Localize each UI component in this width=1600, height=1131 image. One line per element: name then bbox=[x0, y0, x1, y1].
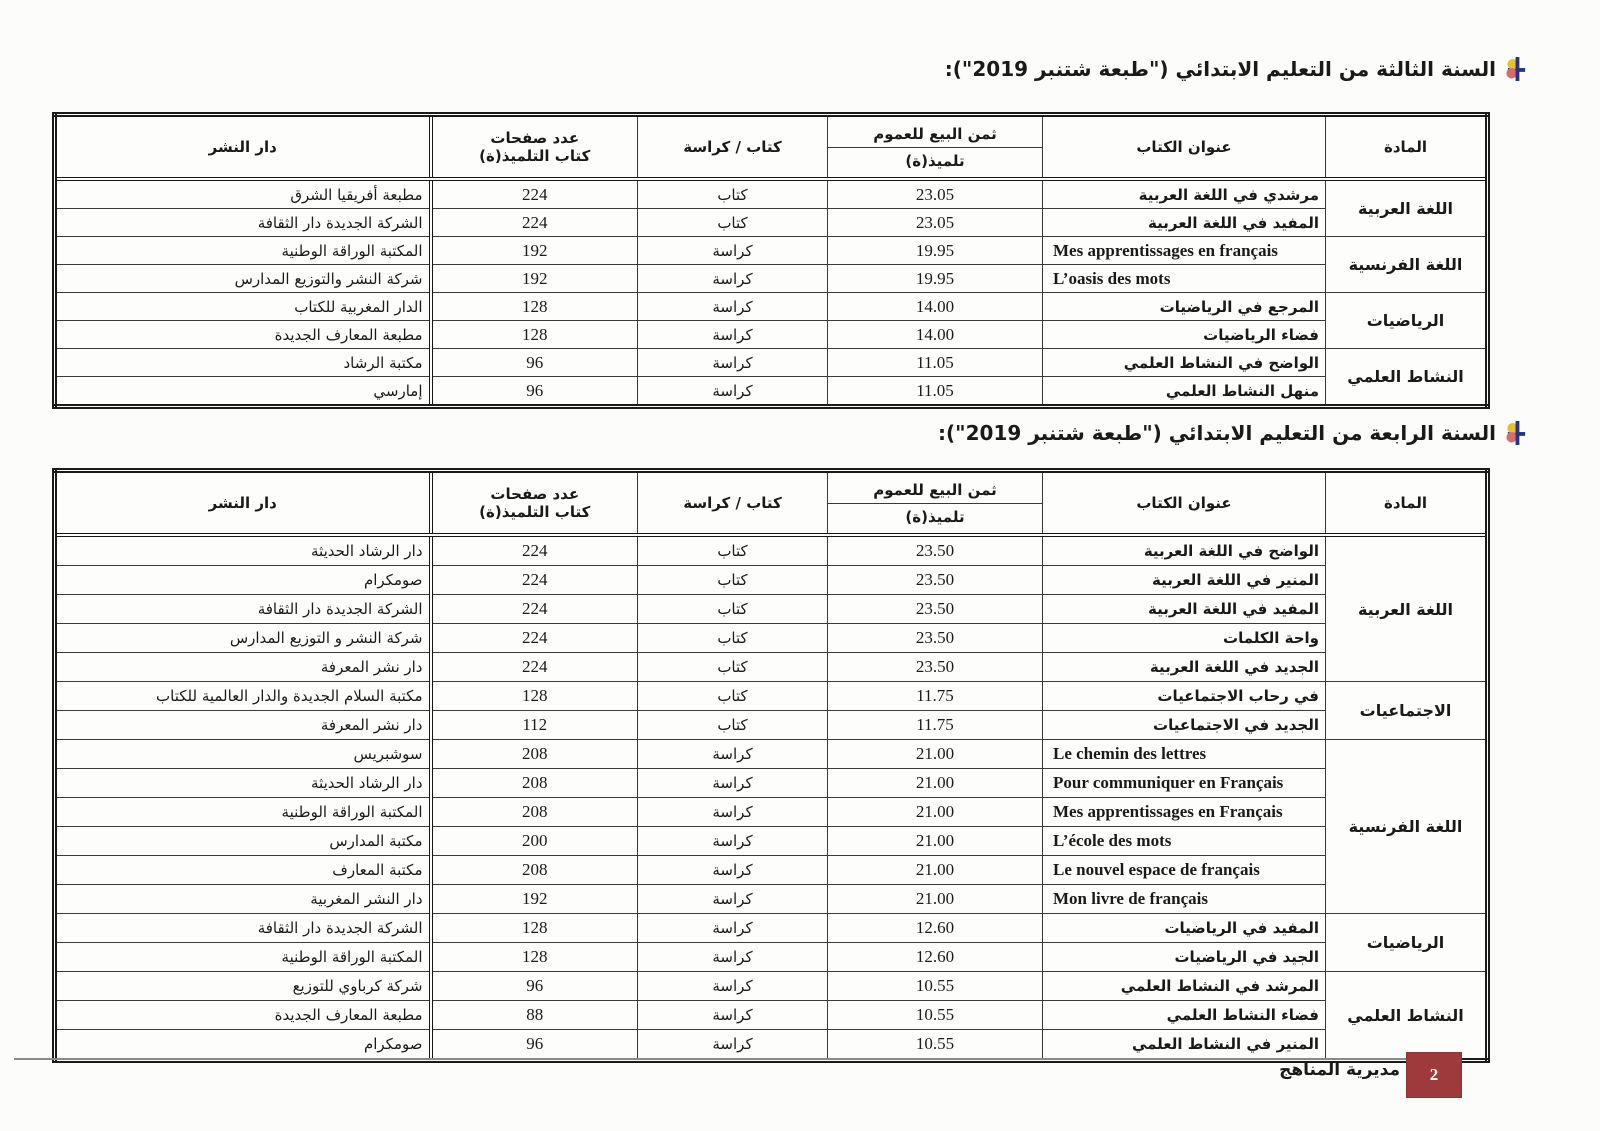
subject-cell: الاجتماعيات bbox=[1326, 682, 1488, 740]
title-cell: الجديد في الاجتماعيات bbox=[1043, 711, 1326, 740]
pages-cell: 224 bbox=[431, 595, 638, 624]
subject-cell: اللغة الفرنسية bbox=[1326, 740, 1488, 914]
publisher-cell: دار نشر المعرفة bbox=[55, 711, 431, 740]
section-heading-grade4: السنة الرابعة من التعليم الابتدائي ("طبع… bbox=[938, 420, 1528, 446]
header-pages: عدد صفحات كتاب التلميذ(ة) bbox=[431, 115, 638, 180]
footer-page-number-badge: 2 bbox=[1406, 1052, 1462, 1098]
type-cell: كتاب bbox=[638, 179, 828, 209]
subject-cell: الرياضيات bbox=[1326, 914, 1488, 972]
publisher-cell: المكتبة الوراقة الوطنية bbox=[55, 798, 431, 827]
pages-cell: 88 bbox=[431, 1001, 638, 1030]
header-pages-line1: عدد صفحات bbox=[439, 485, 632, 503]
header-publisher: دار النشر bbox=[55, 471, 431, 536]
table-row: اللغة العربيةمرشدي في اللغة العربية23.05… bbox=[55, 179, 1488, 209]
price-cell: 11.05 bbox=[828, 349, 1043, 377]
pages-cell: 96 bbox=[431, 972, 638, 1001]
title-cell: المنير في اللغة العربية bbox=[1043, 566, 1326, 595]
header-pages-line2: كتاب التلميذ(ة) bbox=[439, 503, 632, 521]
title-cell: Mes apprentissages en français bbox=[1043, 237, 1326, 265]
price-cell: 21.00 bbox=[828, 740, 1043, 769]
publisher-cell: شركة النشر و التوزيع المدارس bbox=[55, 624, 431, 653]
price-cell: 10.55 bbox=[828, 1030, 1043, 1061]
title-cell: Pour communiquer en Français bbox=[1043, 769, 1326, 798]
price-cell: 21.00 bbox=[828, 856, 1043, 885]
header-title: عنوان الكتاب bbox=[1043, 471, 1326, 536]
publisher-cell: الشركة الجديدة دار الثقافة bbox=[55, 595, 431, 624]
document-page: السنة الثالثة من التعليم الابتدائي ("طبع… bbox=[0, 0, 1600, 1131]
type-cell: كتاب bbox=[638, 595, 828, 624]
header-price: ثمن البيع للعموم تلميذ(ة) bbox=[828, 471, 1043, 536]
table-row: Mes apprentissages en Français21.00كراسة… bbox=[55, 798, 1488, 827]
header-price-line2: تلميذ(ة) bbox=[828, 504, 1042, 530]
price-cell: 23.50 bbox=[828, 624, 1043, 653]
type-cell: كراسة bbox=[638, 972, 828, 1001]
title-cell: المنير في النشاط العلمي bbox=[1043, 1030, 1326, 1061]
pages-cell: 192 bbox=[431, 885, 638, 914]
publisher-cell: صومكرام bbox=[55, 566, 431, 595]
table-header-row: المادة عنوان الكتاب ثمن البيع للعموم تلم… bbox=[55, 471, 1488, 536]
footer-label: مديرية المناهج bbox=[1279, 1060, 1400, 1080]
pages-cell: 208 bbox=[431, 769, 638, 798]
title-cell: Le chemin des lettres bbox=[1043, 740, 1326, 769]
pages-cell: 208 bbox=[431, 740, 638, 769]
pages-cell: 128 bbox=[431, 321, 638, 349]
header-title: عنوان الكتاب bbox=[1043, 115, 1326, 180]
colored-plus-bullet-icon bbox=[1505, 420, 1528, 446]
table-row: واحة الكلمات23.50كتاب224شركة النشر و الت… bbox=[55, 624, 1488, 653]
table-row: اللغة العربيةالواضح في اللغة العربية23.5… bbox=[55, 535, 1488, 566]
table-row: Mon livre de français21.00كراسة192دار ال… bbox=[55, 885, 1488, 914]
section-heading-text: السنة الرابعة من التعليم الابتدائي ("طبع… bbox=[938, 421, 1496, 445]
publisher-cell: مطبعة أفريقيا الشرق bbox=[55, 179, 431, 209]
type-cell: كراسة bbox=[638, 1030, 828, 1061]
publisher-cell: مطبعة المعارف الجديدة bbox=[55, 1001, 431, 1030]
type-cell: كراسة bbox=[638, 798, 828, 827]
subject-cell: الرياضيات bbox=[1326, 293, 1488, 349]
table-row: المنير في النشاط العلمي10.55كراسة96صومكر… bbox=[55, 1030, 1488, 1061]
price-cell: 12.60 bbox=[828, 943, 1043, 972]
price-cell: 19.95 bbox=[828, 237, 1043, 265]
header-publisher: دار النشر bbox=[55, 115, 431, 180]
price-cell: 21.00 bbox=[828, 827, 1043, 856]
grade4-books-table: المادة عنوان الكتاب ثمن البيع للعموم تلم… bbox=[52, 468, 1490, 1063]
price-cell: 23.05 bbox=[828, 179, 1043, 209]
footer-page-number: 2 bbox=[1430, 1065, 1439, 1085]
title-cell: الواضح في النشاط العلمي bbox=[1043, 349, 1326, 377]
pages-cell: 208 bbox=[431, 798, 638, 827]
table-row: الاجتماعياتفي رحاب الاجتماعيات11.75كتاب1… bbox=[55, 682, 1488, 711]
title-cell: المرشد في النشاط العلمي bbox=[1043, 972, 1326, 1001]
pages-cell: 128 bbox=[431, 682, 638, 711]
price-cell: 21.00 bbox=[828, 769, 1043, 798]
type-cell: كتاب bbox=[638, 624, 828, 653]
price-cell: 14.00 bbox=[828, 293, 1043, 321]
publisher-cell: مكتبة المعارف bbox=[55, 856, 431, 885]
type-cell: كراسة bbox=[638, 377, 828, 407]
header-subject: المادة bbox=[1326, 471, 1488, 536]
table-row: منهل النشاط العلمي11.05كراسة96إمارسي bbox=[55, 377, 1488, 407]
publisher-cell: دار النشر المغربية bbox=[55, 885, 431, 914]
pages-cell: 224 bbox=[431, 535, 638, 566]
type-cell: كراسة bbox=[638, 740, 828, 769]
price-cell: 21.00 bbox=[828, 885, 1043, 914]
grade3-books-table: المادة عنوان الكتاب ثمن البيع للعموم تلم… bbox=[52, 112, 1490, 409]
subject-cell: اللغة العربية bbox=[1326, 535, 1488, 682]
table-row: Pour communiquer en Français21.00كراسة20… bbox=[55, 769, 1488, 798]
section-heading-grade3: السنة الثالثة من التعليم الابتدائي ("طبع… bbox=[945, 56, 1528, 82]
type-cell: كتاب bbox=[638, 566, 828, 595]
publisher-cell: دار الرشاد الحديثة bbox=[55, 535, 431, 566]
pages-cell: 128 bbox=[431, 293, 638, 321]
header-type: كتاب / كراسة bbox=[638, 471, 828, 536]
publisher-cell: دار نشر المعرفة bbox=[55, 653, 431, 682]
title-cell: Mon livre de français bbox=[1043, 885, 1326, 914]
header-type: كتاب / كراسة bbox=[638, 115, 828, 180]
header-pages-line1: عدد صفحات bbox=[439, 129, 632, 147]
price-cell: 14.00 bbox=[828, 321, 1043, 349]
type-cell: كتاب bbox=[638, 682, 828, 711]
header-subject: المادة bbox=[1326, 115, 1488, 180]
price-cell: 11.75 bbox=[828, 711, 1043, 740]
title-cell: Le nouvel espace de français bbox=[1043, 856, 1326, 885]
title-cell: المرجع في الرياضيات bbox=[1043, 293, 1326, 321]
pages-cell: 224 bbox=[431, 209, 638, 237]
header-price-line2: تلميذ(ة) bbox=[828, 148, 1042, 174]
publisher-cell: دار الرشاد الحديثة bbox=[55, 769, 431, 798]
publisher-cell: مكتبة المدارس bbox=[55, 827, 431, 856]
title-cell: مرشدي في اللغة العربية bbox=[1043, 179, 1326, 209]
type-cell: كراسة bbox=[638, 943, 828, 972]
type-cell: كتاب bbox=[638, 653, 828, 682]
price-cell: 21.00 bbox=[828, 798, 1043, 827]
pages-cell: 192 bbox=[431, 265, 638, 293]
type-cell: كراسة bbox=[638, 349, 828, 377]
pages-cell: 224 bbox=[431, 653, 638, 682]
header-price-line1: ثمن البيع للعموم bbox=[828, 120, 1042, 148]
price-cell: 23.50 bbox=[828, 566, 1043, 595]
subject-cell: النشاط العلمي bbox=[1326, 972, 1488, 1061]
pages-cell: 224 bbox=[431, 624, 638, 653]
table-row: فضاء النشاط العلمي10.55كراسة88مطبعة المع… bbox=[55, 1001, 1488, 1030]
price-cell: 12.60 bbox=[828, 914, 1043, 943]
publisher-cell: إمارسي bbox=[55, 377, 431, 407]
type-cell: كتاب bbox=[638, 535, 828, 566]
table-row: Le nouvel espace de français21.00كراسة20… bbox=[55, 856, 1488, 885]
subject-cell: اللغة الفرنسية bbox=[1326, 237, 1488, 293]
title-cell: المفيد في اللغة العربية bbox=[1043, 209, 1326, 237]
table-row: اللغة الفرنسيةLe chemin des lettres21.00… bbox=[55, 740, 1488, 769]
publisher-cell: مكتبة الرشاد bbox=[55, 349, 431, 377]
table-row: النشاط العلميالواضح في النشاط العلمي11.0… bbox=[55, 349, 1488, 377]
title-cell: فضاء الرياضيات bbox=[1043, 321, 1326, 349]
price-cell: 23.50 bbox=[828, 535, 1043, 566]
title-cell: واحة الكلمات bbox=[1043, 624, 1326, 653]
type-cell: كراسة bbox=[638, 265, 828, 293]
price-cell: 10.55 bbox=[828, 972, 1043, 1001]
header-price-line1: ثمن البيع للعموم bbox=[828, 476, 1042, 504]
pages-cell: 224 bbox=[431, 566, 638, 595]
type-cell: كراسة bbox=[638, 293, 828, 321]
type-cell: كراسة bbox=[638, 885, 828, 914]
pages-cell: 192 bbox=[431, 237, 638, 265]
publisher-cell: الشركة الجديدة دار الثقافة bbox=[55, 914, 431, 943]
title-cell: المفيد في الرياضيات bbox=[1043, 914, 1326, 943]
publisher-cell: صومكرام bbox=[55, 1030, 431, 1061]
type-cell: كراسة bbox=[638, 237, 828, 265]
type-cell: كتاب bbox=[638, 209, 828, 237]
publisher-cell: سوشبريس bbox=[55, 740, 431, 769]
header-price: ثمن البيع للعموم تلميذ(ة) bbox=[828, 115, 1043, 180]
header-pages-line2: كتاب التلميذ(ة) bbox=[439, 147, 632, 165]
table-row: النشاط العلميالمرشد في النشاط العلمي10.5… bbox=[55, 972, 1488, 1001]
price-cell: 19.95 bbox=[828, 265, 1043, 293]
type-cell: كراسة bbox=[638, 827, 828, 856]
publisher-cell: شركة النشر والتوزيع المدارس bbox=[55, 265, 431, 293]
type-cell: كراسة bbox=[638, 321, 828, 349]
publisher-cell: المكتبة الوراقة الوطنية bbox=[55, 943, 431, 972]
pages-cell: 96 bbox=[431, 377, 638, 407]
footer-rule bbox=[14, 1058, 1406, 1060]
title-cell: L’école des mots bbox=[1043, 827, 1326, 856]
price-cell: 11.75 bbox=[828, 682, 1043, 711]
publisher-cell: مكتبة السلام الجديدة والدار العالمية للك… bbox=[55, 682, 431, 711]
pages-cell: 112 bbox=[431, 711, 638, 740]
header-pages: عدد صفحات كتاب التلميذ(ة) bbox=[431, 471, 638, 536]
type-cell: كراسة bbox=[638, 1001, 828, 1030]
pages-cell: 224 bbox=[431, 179, 638, 209]
publisher-cell: مطبعة المعارف الجديدة bbox=[55, 321, 431, 349]
price-cell: 23.50 bbox=[828, 653, 1043, 682]
colored-plus-bullet-icon bbox=[1505, 56, 1528, 82]
table-row: المفيد في اللغة العربية23.05كتاب224الشرك… bbox=[55, 209, 1488, 237]
table-row: فضاء الرياضيات14.00كراسة128مطبعة المعارف… bbox=[55, 321, 1488, 349]
subject-cell: النشاط العلمي bbox=[1326, 349, 1488, 407]
price-cell: 10.55 bbox=[828, 1001, 1043, 1030]
type-cell: كتاب bbox=[638, 711, 828, 740]
table-row: L’oasis des mots19.95كراسة192شركة النشر … bbox=[55, 265, 1488, 293]
type-cell: كراسة bbox=[638, 856, 828, 885]
table-row: الرياضياتالمرجع في الرياضيات14.00كراسة12… bbox=[55, 293, 1488, 321]
title-cell: في رحاب الاجتماعيات bbox=[1043, 682, 1326, 711]
publisher-cell: شركة كرباوي للتوزيع bbox=[55, 972, 431, 1001]
pages-cell: 128 bbox=[431, 943, 638, 972]
subject-cell: اللغة العربية bbox=[1326, 179, 1488, 237]
title-cell: L’oasis des mots bbox=[1043, 265, 1326, 293]
title-cell: الجديد في اللغة العربية bbox=[1043, 653, 1326, 682]
table-row: الجيد في الرياضيات12.60كراسة128المكتبة ا… bbox=[55, 943, 1488, 972]
type-cell: كراسة bbox=[638, 914, 828, 943]
table-row: الرياضياتالمفيد في الرياضيات12.60كراسة12… bbox=[55, 914, 1488, 943]
publisher-cell: المكتبة الوراقة الوطنية bbox=[55, 237, 431, 265]
type-cell: كراسة bbox=[638, 769, 828, 798]
title-cell: المفيد في اللغة العربية bbox=[1043, 595, 1326, 624]
price-cell: 11.05 bbox=[828, 377, 1043, 407]
title-cell: الجيد في الرياضيات bbox=[1043, 943, 1326, 972]
title-cell: Mes apprentissages en Français bbox=[1043, 798, 1326, 827]
title-cell: منهل النشاط العلمي bbox=[1043, 377, 1326, 407]
publisher-cell: الدار المغربية للكتاب bbox=[55, 293, 431, 321]
pages-cell: 96 bbox=[431, 1030, 638, 1061]
table-header-row: المادة عنوان الكتاب ثمن البيع للعموم تلم… bbox=[55, 115, 1488, 180]
publisher-cell: الشركة الجديدة دار الثقافة bbox=[55, 209, 431, 237]
table-row: المفيد في اللغة العربية23.50كتاب224الشرك… bbox=[55, 595, 1488, 624]
title-cell: فضاء النشاط العلمي bbox=[1043, 1001, 1326, 1030]
pages-cell: 128 bbox=[431, 914, 638, 943]
section-heading-text: السنة الثالثة من التعليم الابتدائي ("طبع… bbox=[945, 57, 1496, 81]
table-row: المنير في اللغة العربية23.50كتاب224صومكر… bbox=[55, 566, 1488, 595]
price-cell: 23.50 bbox=[828, 595, 1043, 624]
table-row: الجديد في الاجتماعيات11.75كتاب112دار نشر… bbox=[55, 711, 1488, 740]
price-cell: 23.05 bbox=[828, 209, 1043, 237]
table-row: L’école des mots21.00كراسة200مكتبة المدا… bbox=[55, 827, 1488, 856]
table-row: الجديد في اللغة العربية23.50كتاب224دار ن… bbox=[55, 653, 1488, 682]
pages-cell: 208 bbox=[431, 856, 638, 885]
pages-cell: 96 bbox=[431, 349, 638, 377]
pages-cell: 200 bbox=[431, 827, 638, 856]
title-cell: الواضح في اللغة العربية bbox=[1043, 535, 1326, 566]
table-row: اللغة الفرنسيةMes apprentissages en fran… bbox=[55, 237, 1488, 265]
